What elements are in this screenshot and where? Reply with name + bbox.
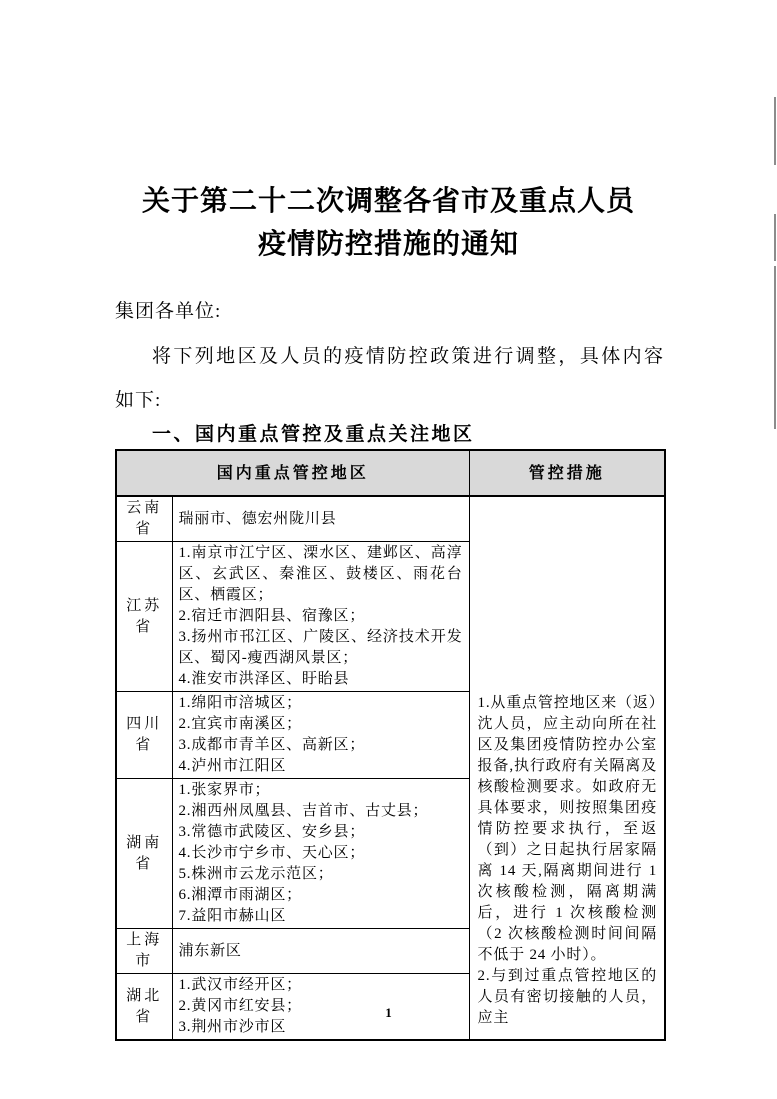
- province-cell: 四川省: [116, 692, 172, 779]
- district-item: 4.泸州市江阳区: [179, 756, 463, 777]
- district-item: 瑞丽市、德宏州陇川县: [179, 509, 463, 530]
- district-item: 2.宜宾市南溪区；: [179, 714, 463, 735]
- province-cell: 湖南省: [116, 779, 172, 929]
- districts-cell: 1.张家界市； 2.湘西州凤凰县、吉首市、古丈县； 3.常德市武陵区、安乡县； …: [172, 779, 469, 929]
- measure-item: 1.从重点管控地区来（返）沈人员，应主动向所在社区及集团疫情防控办公室报备,执行…: [478, 693, 658, 966]
- header-region-column: 国内重点管控地区: [116, 450, 469, 496]
- header-measures-column: 管控措施: [469, 450, 665, 496]
- document-page: 关于第二十二次调整各省市及重点人员 疫情防控措施的通知 集团各单位: 将下列地区…: [0, 0, 777, 1099]
- page-edge-line: [774, 266, 776, 429]
- districts-cell: 1.绵阳市涪城区； 2.宜宾市南溪区； 3.成都市青羊区、高新区； 4.泸州市江…: [172, 692, 469, 779]
- district-item: 6.湘潭市雨湖区；: [179, 885, 463, 906]
- document-title-line2: 疫情防控措施的通知: [0, 223, 777, 266]
- page-edge-line: [774, 97, 776, 165]
- district-item: 2.宿迁市泗阳县、宿豫区；: [179, 606, 463, 627]
- districts-cell: 1.南京市江宁区、溧水区、建邺区、高淳区、玄武区、秦淮区、鼓楼区、雨花台区、栖霞…: [172, 542, 469, 692]
- control-regions-table: 国内重点管控地区 管控措施 云南省 瑞丽市、德宏州陇川县 1.从重点管控地区来（…: [115, 449, 666, 1041]
- district-item: 4.淮安市洪泽区、盱眙县: [179, 669, 463, 690]
- body-paragraph-line1: 将下列地区及人员的疫情防控政策进行调整，具体内容: [152, 341, 663, 368]
- district-item: 1.张家界市；: [179, 780, 463, 801]
- province-cell: 云南省: [116, 496, 172, 542]
- district-item: 3.扬州市邗江区、广陵区、经济技术开发区、蜀冈-瘦西湖风景区；: [179, 627, 463, 669]
- district-item: 1.武汉市经开区；: [179, 975, 463, 996]
- district-item: 浦东新区: [179, 941, 463, 962]
- districts-cell: 浦东新区: [172, 929, 469, 974]
- body-paragraph-line2: 如下:: [115, 385, 663, 412]
- district-item: 1.绵阳市涪城区；: [179, 693, 463, 714]
- section-heading: 一、国内重点管控及重点关注地区: [152, 419, 663, 446]
- province-cell: 江苏省: [116, 542, 172, 692]
- greeting-text: 集团各单位:: [115, 296, 663, 323]
- district-item: 1.南京市江宁区、溧水区、建邺区、高淳区、玄武区、秦淮区、鼓楼区、雨花台区、栖霞…: [179, 543, 463, 606]
- district-item: 5.株洲市云龙示范区；: [179, 864, 463, 885]
- document-title: 关于第二十二次调整各省市及重点人员 疫情防控措施的通知: [0, 180, 777, 266]
- district-item: 7.益阳市赫山区: [179, 906, 463, 927]
- district-item: 4.长沙市宁乡市、天心区；: [179, 843, 463, 864]
- table-row: 云南省 瑞丽市、德宏州陇川县 1.从重点管控地区来（返）沈人员，应主动向所在社区…: [116, 496, 665, 542]
- districts-cell: 瑞丽市、德宏州陇川县: [172, 496, 469, 542]
- page-number: 1: [0, 1005, 777, 1021]
- measures-cell: 1.从重点管控地区来（返）沈人员，应主动向所在社区及集团疫情防控办公室报备,执行…: [469, 496, 665, 1040]
- table-header-row: 国内重点管控地区 管控措施: [116, 450, 665, 496]
- document-title-line1: 关于第二十二次调整各省市及重点人员: [0, 180, 777, 223]
- district-item: 2.湘西州凤凰县、吉首市、古丈县；: [179, 801, 463, 822]
- province-cell: 上海市: [116, 929, 172, 974]
- district-item: 3.成都市青羊区、高新区；: [179, 735, 463, 756]
- district-item: 3.常德市武陵区、安乡县；: [179, 822, 463, 843]
